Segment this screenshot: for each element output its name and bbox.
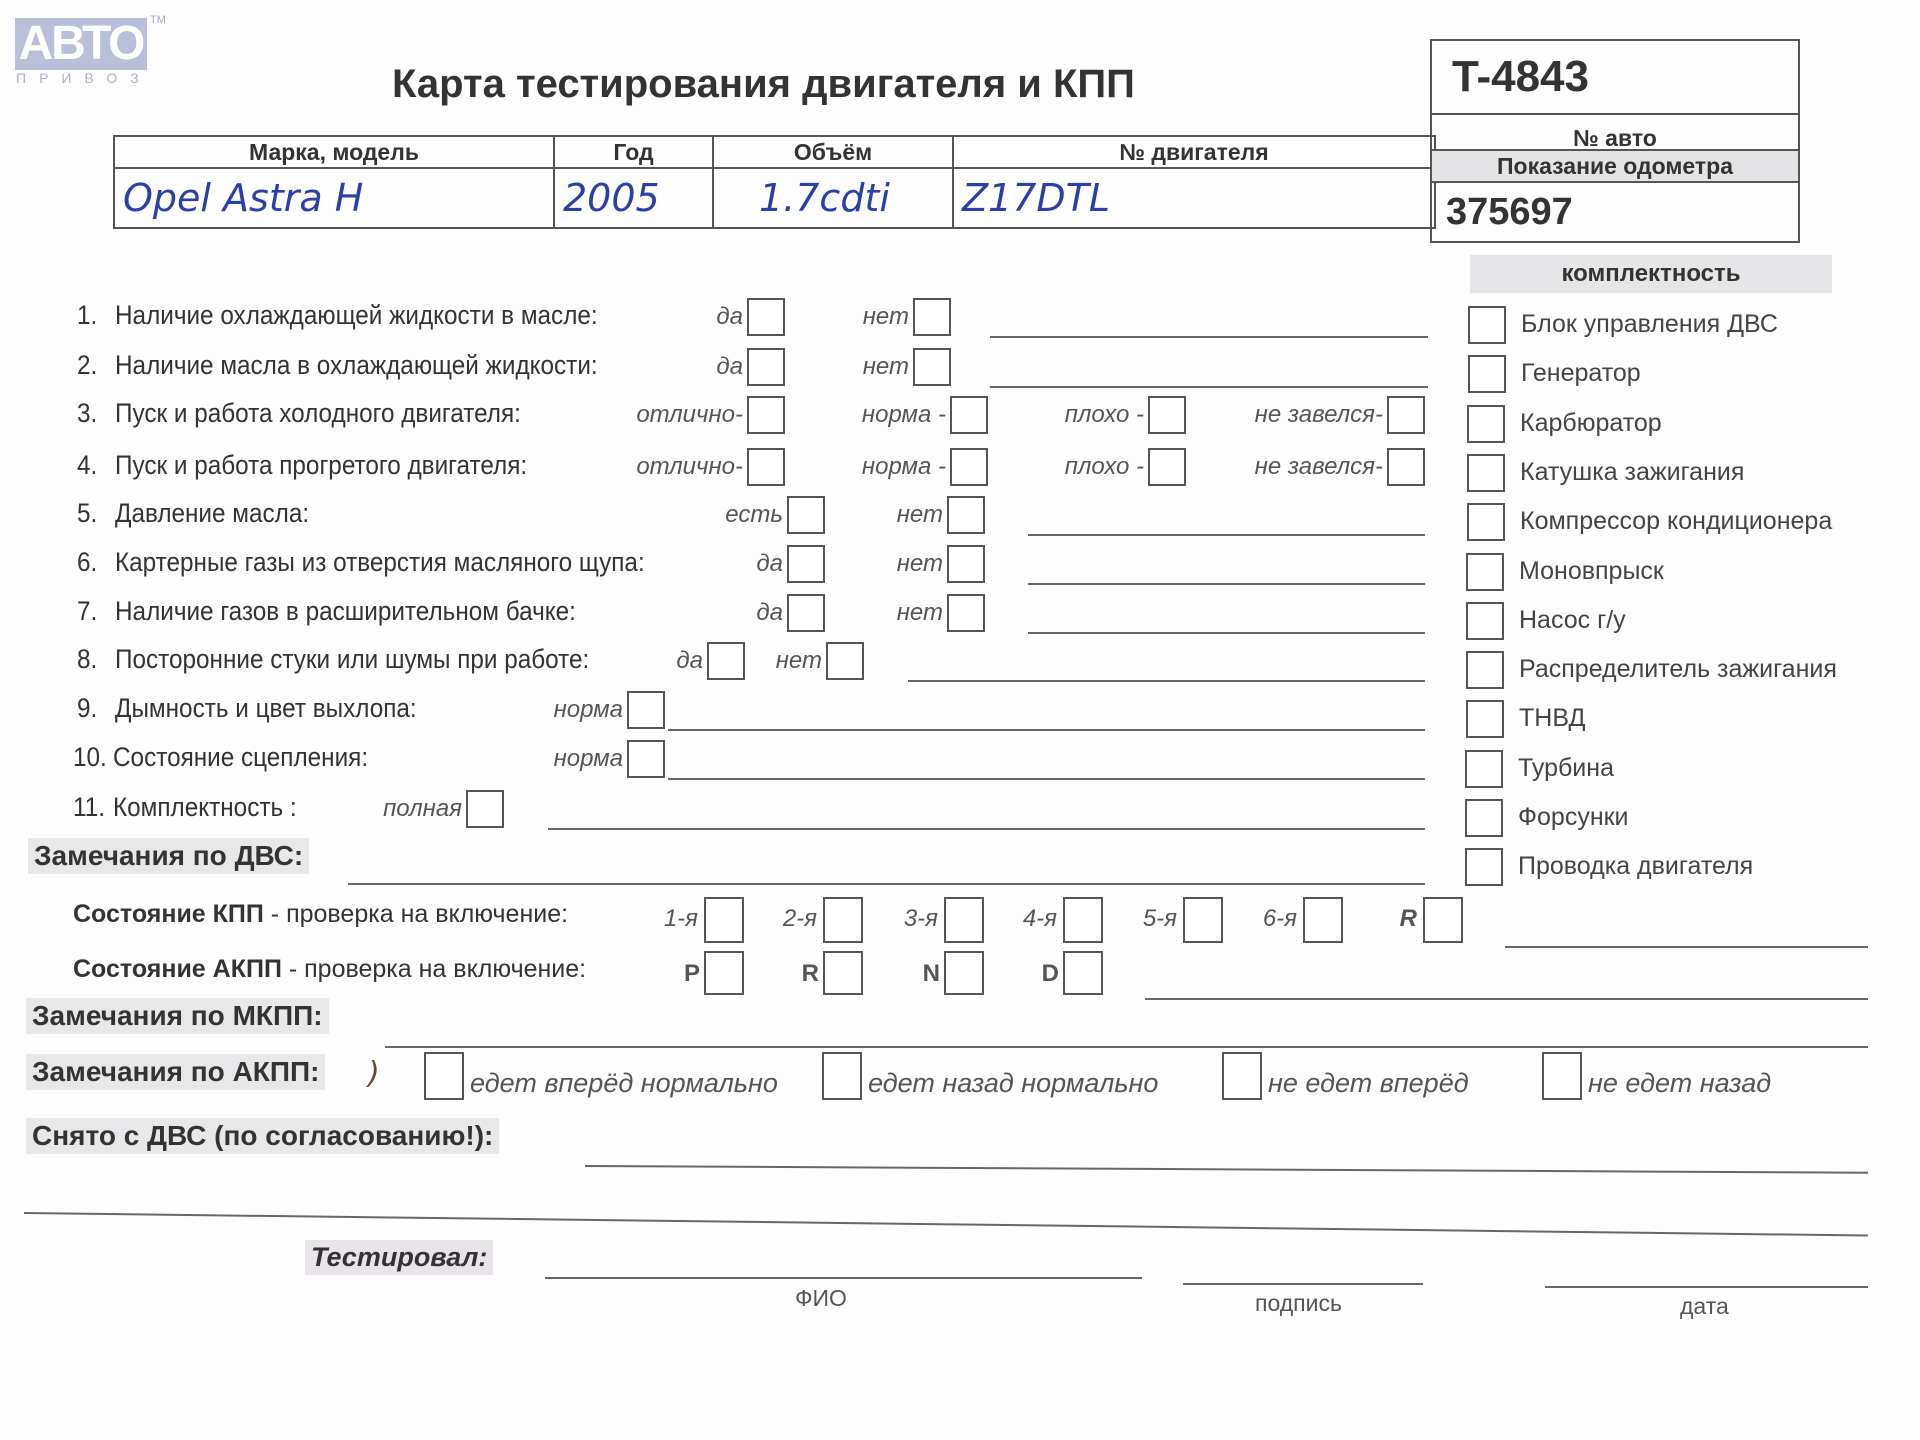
question-notes-line[interactable]: [990, 336, 1428, 338]
brand-subtitle: ПРИВОЗ: [16, 70, 152, 86]
option-label: нет: [863, 353, 909, 381]
completeness-item-label: Блок управления ДВС: [1521, 310, 1778, 339]
question-notes-line[interactable]: [548, 828, 1425, 830]
auto-gearbox-line[interactable]: [1145, 998, 1868, 1000]
option-checkbox[interactable]: [747, 448, 785, 486]
option-checkbox[interactable]: [627, 740, 665, 778]
auto-gear-checkbox[interactable]: [1063, 951, 1103, 995]
make-model-field[interactable]: Opel Astra H: [114, 168, 554, 228]
option-label: плохо -: [1065, 401, 1144, 429]
completeness-checkbox[interactable]: [1466, 602, 1504, 640]
option-label: норма: [554, 696, 623, 724]
option-checkbox[interactable]: [787, 545, 825, 583]
auto-gearbox-subtitle: - проверка на включение:: [282, 955, 586, 983]
car-number-label: № авто: [1432, 115, 1798, 151]
option-label: отлично-: [636, 453, 743, 481]
option-checkbox[interactable]: [1387, 448, 1425, 486]
option-checkbox[interactable]: [747, 396, 785, 434]
removed-parts-line-2[interactable]: [24, 1212, 1868, 1237]
option-label: да: [756, 599, 783, 627]
option-checkbox[interactable]: [913, 348, 951, 386]
column-header-year: Год: [554, 136, 713, 168]
car-number-field[interactable]: T-4843: [1432, 41, 1798, 115]
option-checkbox[interactable]: [950, 448, 988, 486]
option-label: плохо -: [1065, 453, 1144, 481]
completeness-item-label: Карбюратор: [1520, 409, 1662, 438]
option-checkbox[interactable]: [1387, 396, 1425, 434]
completeness-item-label: Распределитель зажигания: [1519, 655, 1837, 684]
option-checkbox[interactable]: [627, 691, 665, 729]
question-text: Пуск и работа прогретого двигателя:: [115, 450, 527, 481]
option-checkbox[interactable]: [747, 298, 785, 336]
question-notes-line[interactable]: [908, 680, 1425, 682]
engine-remarks-line[interactable]: [348, 883, 1425, 885]
auto-remarks-option-label: не едет назад: [1588, 1068, 1771, 1099]
manual-gearbox-title: Состояние КПП: [73, 900, 264, 928]
option-label: да: [756, 550, 783, 578]
option-checkbox[interactable]: [747, 348, 785, 386]
completeness-item-label: Турбина: [1518, 754, 1614, 783]
manual-remarks-label: Замечания по МКПП:: [26, 998, 329, 1034]
date-caption: дата: [1680, 1293, 1729, 1320]
completeness-checkbox[interactable]: [1465, 848, 1503, 886]
completeness-checkbox[interactable]: [1468, 355, 1506, 393]
column-header-make-model: Марка, модель: [114, 136, 554, 168]
volume-field[interactable]: 1.7cdti: [713, 168, 953, 228]
option-checkbox[interactable]: [947, 594, 985, 632]
auto-remarks-label: Замечания по АКПП:: [26, 1054, 325, 1090]
year-field[interactable]: 2005: [554, 168, 713, 228]
option-label: норма -: [862, 401, 946, 429]
completeness-item-label: Генератор: [1521, 359, 1641, 388]
question-notes-line[interactable]: [990, 386, 1428, 388]
manual-remarks-line[interactable]: [385, 1046, 1868, 1048]
option-label: нет: [776, 647, 822, 675]
option-label: нет: [863, 303, 909, 331]
option-checkbox[interactable]: [947, 545, 985, 583]
question-notes-line[interactable]: [1028, 534, 1425, 536]
option-label: полная: [383, 795, 462, 823]
completeness-checkbox[interactable]: [1465, 799, 1503, 837]
completeness-item-label: Насос г/у: [1519, 606, 1626, 635]
question-text: Комплектность :: [113, 792, 297, 823]
question-notes-line[interactable]: [668, 778, 1425, 780]
question-text: Наличие масла в охлаждающей жидкости:: [115, 350, 598, 381]
completeness-title: комплектность: [1470, 255, 1832, 293]
auto-remarks-option-label: едет вперёд нормально: [470, 1068, 778, 1099]
manual-gear-checkbox[interactable]: [823, 897, 863, 943]
question-number: 4.: [77, 450, 97, 481]
removed-parts-label: Снято с ДВС (по согласованию!):: [26, 1118, 499, 1154]
completeness-item-label: Форсунки: [1518, 803, 1629, 832]
manual-gear-label: 4-я: [1023, 905, 1057, 933]
auto-remarks-option-label: едет назад нормально: [868, 1068, 1158, 1099]
question-number: 1.: [77, 300, 97, 331]
auto-remarks-checkbox[interactable]: [1222, 1052, 1262, 1100]
question-number: 11.: [73, 792, 105, 823]
option-label: нет: [897, 501, 943, 529]
completeness-checkbox[interactable]: [1466, 700, 1504, 738]
manual-gear-checkbox[interactable]: [944, 897, 984, 943]
trademark-mark: TM: [150, 14, 166, 26]
odometer-field[interactable]: 375697: [1432, 183, 1798, 241]
option-label: есть: [725, 501, 783, 529]
fio-caption: ФИО: [795, 1285, 847, 1312]
completeness-item-label: Проводка двигателя: [1518, 852, 1753, 881]
auto-gear-checkbox[interactable]: [704, 951, 744, 995]
option-label: да: [716, 303, 743, 331]
auto-gear-checkbox[interactable]: [823, 951, 863, 995]
option-checkbox[interactable]: [913, 298, 951, 336]
option-checkbox[interactable]: [787, 594, 825, 632]
option-checkbox[interactable]: [947, 496, 985, 534]
signature-line[interactable]: [1183, 1283, 1423, 1285]
manual-gear-label: R: [1400, 905, 1417, 933]
manual-gear-checkbox[interactable]: [704, 897, 744, 943]
question-number: 2.: [77, 350, 97, 381]
completeness-item-label: Моновпрыск: [1519, 557, 1664, 586]
question-notes-line[interactable]: [1028, 632, 1425, 634]
engine-number-field[interactable]: Z17DTL: [953, 168, 1435, 228]
completeness-checkbox[interactable]: [1466, 651, 1504, 689]
completeness-checkbox[interactable]: [1465, 750, 1503, 788]
question-number: 9.: [77, 693, 97, 724]
auto-remarks-checkbox[interactable]: [822, 1052, 862, 1100]
manual-gear-label: 6-я: [1263, 905, 1297, 933]
handwritten-mark: ): [368, 1056, 380, 1091]
completeness-item-label: Катушка зажигания: [1520, 458, 1744, 487]
auto-gear-label: R: [802, 960, 819, 988]
auto-gearbox-label: Состояние АКПП - проверка на включение:: [73, 955, 586, 984]
option-label: нет: [897, 599, 943, 627]
question-number: 7.: [77, 596, 97, 627]
question-number: 10.: [73, 742, 107, 773]
option-checkbox[interactable]: [466, 790, 504, 828]
auto-gearbox-title: Состояние АКПП: [73, 955, 282, 983]
manual-gear-label: 5-я: [1143, 905, 1177, 933]
completeness-checkbox[interactable]: [1467, 405, 1505, 443]
completeness-checkbox[interactable]: [1468, 306, 1506, 344]
auto-gear-label: N: [923, 960, 940, 988]
option-label: не завелся-: [1255, 453, 1383, 481]
manual-gearbox-subtitle: - проверка на включение:: [264, 900, 568, 928]
brand-logo: АВТО: [15, 18, 147, 70]
option-checkbox[interactable]: [1148, 448, 1186, 486]
option-checkbox[interactable]: [950, 396, 988, 434]
column-header-volume: Объём: [713, 136, 953, 168]
option-checkbox[interactable]: [1148, 396, 1186, 434]
option-label: норма -: [862, 453, 946, 481]
question-number: 3.: [77, 398, 97, 429]
manual-gear-label: 2-я: [783, 905, 817, 933]
manual-gear-label: 3-я: [904, 905, 938, 933]
tester-name-line[interactable]: [545, 1277, 1142, 1279]
completeness-checkbox[interactable]: [1467, 454, 1505, 492]
vehicle-info-table: Марка, модель Год Объём № двигателя Opel…: [113, 135, 1436, 229]
question-number: 5.: [77, 498, 97, 529]
completeness-checkbox[interactable]: [1466, 553, 1504, 591]
engine-remarks-label: Замечания по ДВС:: [28, 838, 309, 874]
auto-gear-label: D: [1042, 960, 1059, 988]
question-text: Давление масла:: [115, 498, 309, 529]
auto-gear-label: P: [684, 960, 700, 988]
car-number-odometer-box: T-4843 № авто Показание одометра 375697: [1430, 39, 1800, 243]
option-label: нет: [897, 550, 943, 578]
question-text: Наличие газов в расширительном бачке:: [115, 596, 576, 627]
tested-by-label: Тестировал:: [305, 1240, 493, 1275]
question-text: Пуск и работа холодного двигателя:: [115, 398, 521, 429]
auto-remarks-option-label: не едет вперёд: [1268, 1068, 1469, 1099]
question-text: Картерные газы из отверстия масляного щу…: [115, 547, 645, 578]
option-label: норма: [554, 745, 623, 773]
option-checkbox[interactable]: [787, 496, 825, 534]
question-number: 6.: [77, 547, 97, 578]
completeness-item-label: ТНВД: [1519, 704, 1585, 733]
question-notes-line[interactable]: [1028, 583, 1425, 585]
auto-remarks-checkbox[interactable]: [424, 1052, 464, 1100]
signature-caption: подпись: [1255, 1290, 1342, 1317]
date-line[interactable]: [1545, 1286, 1868, 1288]
option-label: да: [676, 647, 703, 675]
manual-gearbox-label: Состояние КПП - проверка на включение:: [73, 900, 568, 929]
question-number: 8.: [77, 644, 97, 675]
completeness-item-label: Компрессор кондиционера: [1520, 507, 1832, 536]
manual-gear-checkbox[interactable]: [1423, 897, 1463, 943]
manual-gear-checkbox[interactable]: [1303, 897, 1343, 943]
manual-gear-label: 1-я: [664, 905, 698, 933]
question-notes-line[interactable]: [668, 729, 1425, 731]
option-label: отлично-: [636, 401, 743, 429]
question-text: Наличие охлаждающей жидкости в масле:: [115, 300, 598, 331]
question-text: Состояние сцепления:: [113, 742, 368, 773]
auto-gear-checkbox[interactable]: [944, 951, 984, 995]
page-title: Карта тестирования двигателя и КПП: [392, 62, 1135, 107]
question-text: Дымность и цвет выхлопа:: [115, 693, 417, 724]
auto-remarks-checkbox[interactable]: [1542, 1052, 1582, 1100]
option-checkbox[interactable]: [707, 642, 745, 680]
manual-gear-checkbox[interactable]: [1183, 897, 1223, 943]
option-checkbox[interactable]: [826, 642, 864, 680]
option-label: не завелся-: [1255, 401, 1383, 429]
manual-gear-checkbox[interactable]: [1063, 897, 1103, 943]
column-header-engine-number: № двигателя: [953, 136, 1435, 168]
odometer-label: Показание одометра: [1432, 151, 1798, 183]
removed-parts-line[interactable]: [585, 1165, 1868, 1174]
option-label: да: [716, 353, 743, 381]
manual-gearbox-line[interactable]: [1505, 946, 1868, 948]
completeness-checkbox[interactable]: [1467, 503, 1505, 541]
question-text: Посторонние стуки или шумы при работе:: [115, 644, 589, 675]
